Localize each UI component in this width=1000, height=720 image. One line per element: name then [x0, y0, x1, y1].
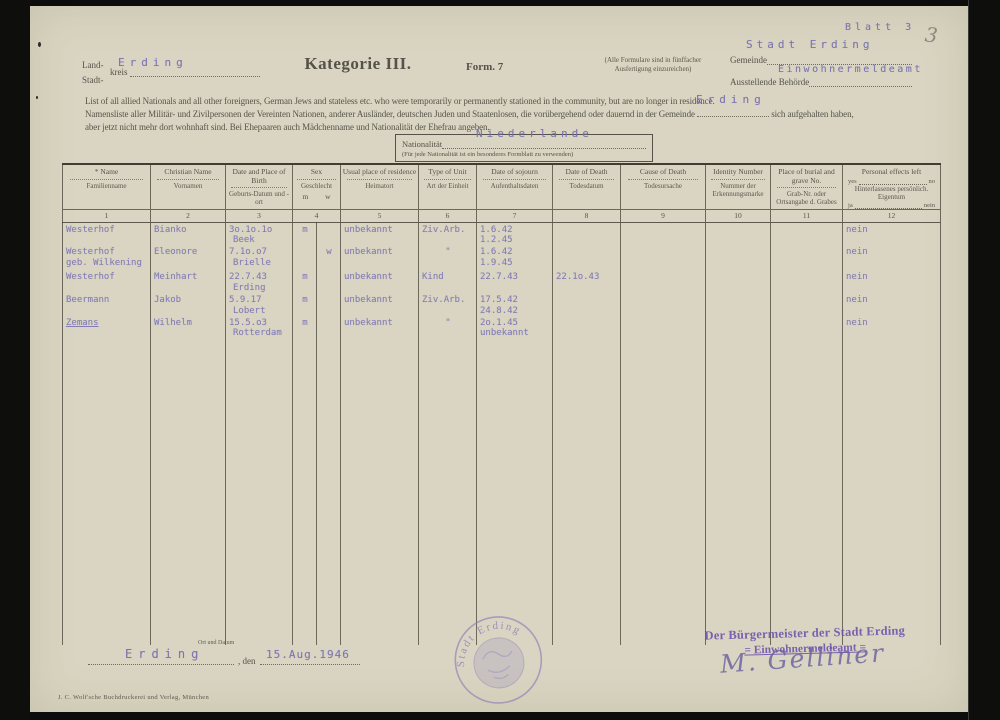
cell-cause [621, 270, 706, 293]
cell-name: Zemans [63, 316, 151, 342]
empty-cell [317, 342, 341, 645]
cell-death [553, 293, 621, 316]
col-header-name: * Name Familienname [63, 164, 151, 209]
cell-birth: 22.7.43Erding [226, 270, 293, 293]
cell-cause [621, 245, 706, 270]
intro-english: List of all allied Nationals and all oth… [85, 96, 715, 106]
table-row: Westerhof Bianko 3o.1o.1oBeek m unbekann… [63, 222, 941, 245]
cell-sex-m: m [293, 222, 317, 245]
gemeinde-typed-value: Stadt Erding [746, 38, 873, 51]
cell-death: 22.1o.43 [553, 270, 621, 293]
empty-cell [151, 342, 226, 645]
scanned-document-page: { "colors": { "paper": "#d9d5c2", "print… [0, 0, 1000, 720]
scan-edge-left [0, 0, 30, 720]
behoerde-typed-value: Einwohnermeldeamt [778, 64, 923, 75]
behoerde-blank-line [809, 76, 912, 87]
cell-death [553, 222, 621, 245]
scan-artifact [36, 96, 38, 99]
scan-artifact [38, 42, 41, 47]
cell-sex-w [317, 316, 341, 342]
form-title: Kategorie III. [278, 54, 438, 74]
copies-note-line2: Ausfertigung einzureichen) [578, 65, 728, 74]
empty-cell [293, 342, 317, 645]
table-row: Beermann Jakob 5.9.17Lobert m unbekannt … [63, 293, 941, 316]
cell-burial [771, 222, 843, 245]
empty-cell [477, 342, 553, 645]
cell-sojourn: 22.7.43 [477, 270, 553, 293]
col-header-sex: Sex Geschlecht m w [293, 164, 341, 209]
cell-name: Beermann [63, 293, 151, 316]
cell-birth: 5.9.17Lobert [226, 293, 293, 316]
table-row: Westerhofgeb. Wilkening Eleonore 7.1o.o7… [63, 245, 941, 270]
printer-imprint: J. C. Wolf'sche Buchdruckerei und Verlag… [58, 694, 209, 701]
cell-sex-m [293, 245, 317, 270]
table-filler-row [63, 342, 941, 645]
table-header-row: * Name Familienname Christian Name Vorna… [63, 164, 941, 209]
intro-german-1-text: Namensliste aller Militär- und Zivilpers… [85, 109, 695, 119]
empty-cell [226, 342, 293, 645]
col-header-burial: Place of burial and grave No. Grab-Nr. o… [771, 164, 843, 209]
cell-sex-w [317, 293, 341, 316]
cell-sex-m: m [293, 293, 317, 316]
cell-unit: " [419, 316, 477, 342]
intro-german-2: aber jetzt nicht mehr dort wohnhaft sind… [85, 122, 490, 132]
cell-death [553, 316, 621, 342]
cell-unit: Ziv.Arb. [419, 293, 477, 316]
cell-sex-w [317, 222, 341, 245]
cell-residence: unbekannt [341, 270, 419, 293]
city-seal-graphic: Stadt Erding [440, 597, 555, 712]
col-header-residence: Usual place of residence Heimatort [341, 164, 419, 209]
empty-cell [341, 342, 419, 645]
cell-residence: unbekannt [341, 316, 419, 342]
empty-cell [553, 342, 621, 645]
gemeinde-label: Gemeinde [730, 55, 767, 65]
column-number-row: 1 2 3 4 5 6 7 8 9 10 11 12 [63, 209, 941, 222]
col-header-christian-name: Christian Name Vornamen [151, 164, 226, 209]
col-header-identity: Identity Number Nummer der Erkennungsmar… [706, 164, 771, 209]
den-label: , den [238, 656, 256, 666]
cell-birth: 7.1o.o7Brielle [226, 245, 293, 270]
copies-note: (Alle Formulare sind in fünffacher Ausfe… [578, 56, 728, 74]
empty-cell [771, 342, 843, 645]
cell-vorname: Wilhelm [151, 316, 226, 342]
sex-m-label: m [302, 192, 308, 201]
cell-birth: 15.5.o3Rotterdam [226, 316, 293, 342]
empty-cell [419, 342, 477, 645]
cell-sex-m: m [293, 270, 317, 293]
page-number-handwritten: 3 [924, 22, 939, 47]
cell-identity [706, 245, 771, 270]
col-header-effects: Personal effects left yes no Hinterlasse… [843, 164, 941, 209]
stadt-label: Stadt- [82, 75, 104, 85]
cell-sojourn: 1.6.421.9.45 [477, 245, 553, 270]
cell-sex-w [317, 270, 341, 293]
cell-identity [706, 270, 771, 293]
cell-sojourn: 1.6.421.2.45 [477, 222, 553, 245]
cell-effects: nein [843, 316, 941, 342]
cell-vorname: Eleonore [151, 245, 226, 270]
cell-effects: nein [843, 222, 941, 245]
cell-residence: unbekannt [341, 293, 419, 316]
cell-sex-w: w [317, 245, 341, 270]
empty-cell [63, 342, 151, 645]
gemeinde-blank-typed: Erding [696, 93, 766, 106]
cell-unit: Kind [419, 270, 477, 293]
form-paper: Blatt 3 3 Stadt Erding Gemeinde Einwohne… [30, 6, 968, 712]
blatt-number-typed: Blatt 3 [845, 22, 915, 33]
nationality-typed-value: Niederlande [476, 127, 593, 140]
table-row: Westerhof Meinhart 22.7.43Erding m unbek… [63, 270, 941, 293]
col-header-birth: Date and Place of Birth Geburts-Datum un… [226, 164, 293, 209]
cell-burial [771, 293, 843, 316]
intro-german-1-tail: sich aufgehalten haben, [771, 109, 853, 119]
cell-name: Westerhofgeb. Wilkening [63, 245, 151, 270]
form-number: Form. 7 [466, 61, 503, 73]
cell-burial [771, 316, 843, 342]
cell-vorname: Bianko [151, 222, 226, 245]
cell-burial [771, 270, 843, 293]
place-date-label: Ort und Datum [198, 640, 234, 646]
sex-w-label: w [325, 192, 330, 201]
cell-death [553, 245, 621, 270]
cell-cause [621, 293, 706, 316]
nationality-label: Nationalität [402, 139, 442, 149]
cell-residence: unbekannt [341, 222, 419, 245]
behoerde-label: Ausstellende Behörde [730, 77, 809, 87]
col-header-sojourn: Date of sojourn Aufenthaltsdaten [477, 164, 553, 209]
cell-sex-m: m [293, 316, 317, 342]
date-blank-line [260, 654, 360, 665]
kreis-typed-value: Erding [118, 56, 188, 69]
cell-unit: Ziv.Arb. [419, 222, 477, 245]
cell-unit: " [419, 245, 477, 270]
scan-edge-right [968, 0, 1000, 720]
cell-identity [706, 316, 771, 342]
place-blank-line [88, 654, 234, 665]
land-label: Land- [82, 60, 104, 70]
cell-burial [771, 245, 843, 270]
cell-cause [621, 316, 706, 342]
col-header-unit: Type of Unit Art der Einheit [419, 164, 477, 209]
table-row: Zemans Wilhelm 15.5.o3Rotterdam m unbeka… [63, 316, 941, 342]
cell-vorname: Meinhart [151, 270, 226, 293]
cell-vorname: Jakob [151, 293, 226, 316]
cell-effects: nein [843, 270, 941, 293]
cell-name: Westerhof [63, 270, 151, 293]
cell-birth: 3o.1o.1oBeek [226, 222, 293, 245]
cell-name: Westerhof [63, 222, 151, 245]
roster-table: * Name Familienname Christian Name Vorna… [62, 163, 941, 645]
empty-cell [621, 342, 706, 645]
empty-cell [706, 342, 771, 645]
cell-sojourn: 2o.1.45unbekannt [477, 316, 553, 342]
cell-identity [706, 293, 771, 316]
cell-effects: nein [843, 293, 941, 316]
intro-gemeinde-blank-line [697, 109, 769, 117]
cell-identity [706, 222, 771, 245]
copies-note-line1: (Alle Formulare sind in fünffacher [578, 56, 728, 65]
col-header-death-date: Date of Death Todesdatum [553, 164, 621, 209]
empty-cell [843, 342, 941, 645]
nationality-note: (Für jede Nationalität ist ein besondere… [402, 151, 646, 158]
cell-residence: unbekannt [341, 245, 419, 270]
col-header-death-cause: Cause of Death Todesursache [621, 164, 706, 209]
intro-german-1: Namensliste aller Militär- und Zivilpers… [85, 109, 854, 119]
cell-cause [621, 222, 706, 245]
cell-effects: nein [843, 245, 941, 270]
cell-sojourn: 17.5.4224.8.42 [477, 293, 553, 316]
